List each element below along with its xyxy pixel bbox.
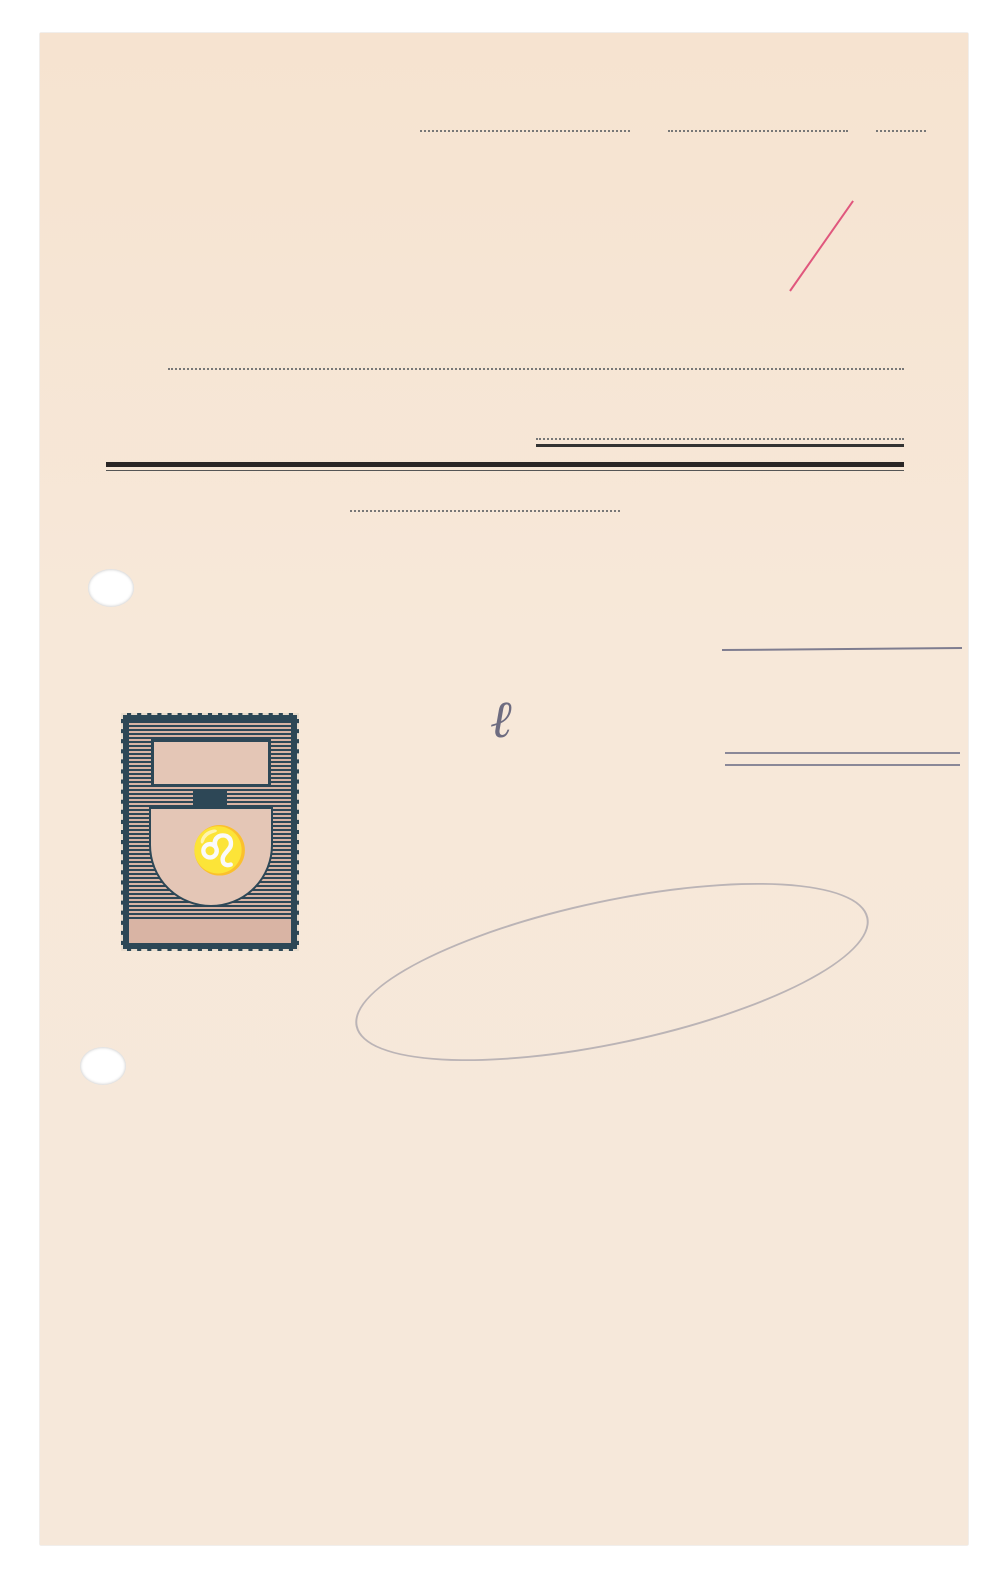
date-dotted-line [668, 130, 848, 132]
revenue-stamp: ♌ [121, 713, 299, 951]
stamp-value-box [151, 739, 271, 787]
punch-hole-bottom [80, 1047, 126, 1085]
address-dotted-line [536, 438, 904, 440]
splatno-dotted-line [350, 510, 620, 512]
closing-rule-1 [725, 752, 960, 754]
stamp-unit [193, 791, 227, 805]
handwritten-check-mark: ℓ [490, 690, 512, 750]
table-top-thin-rule [106, 470, 904, 471]
customer-dotted-line [168, 368, 904, 370]
punch-hole-top [88, 569, 134, 607]
lion-emblem-icon: ♌ [191, 823, 248, 878]
address-underline [536, 444, 904, 447]
place-dotted-line [420, 130, 630, 132]
closing-rule-2 [725, 764, 960, 766]
stamp-bottom-band [129, 919, 291, 943]
table-top-rule [106, 462, 904, 467]
year-dotted-line [876, 130, 926, 132]
stamp-shield: ♌ [149, 807, 273, 907]
